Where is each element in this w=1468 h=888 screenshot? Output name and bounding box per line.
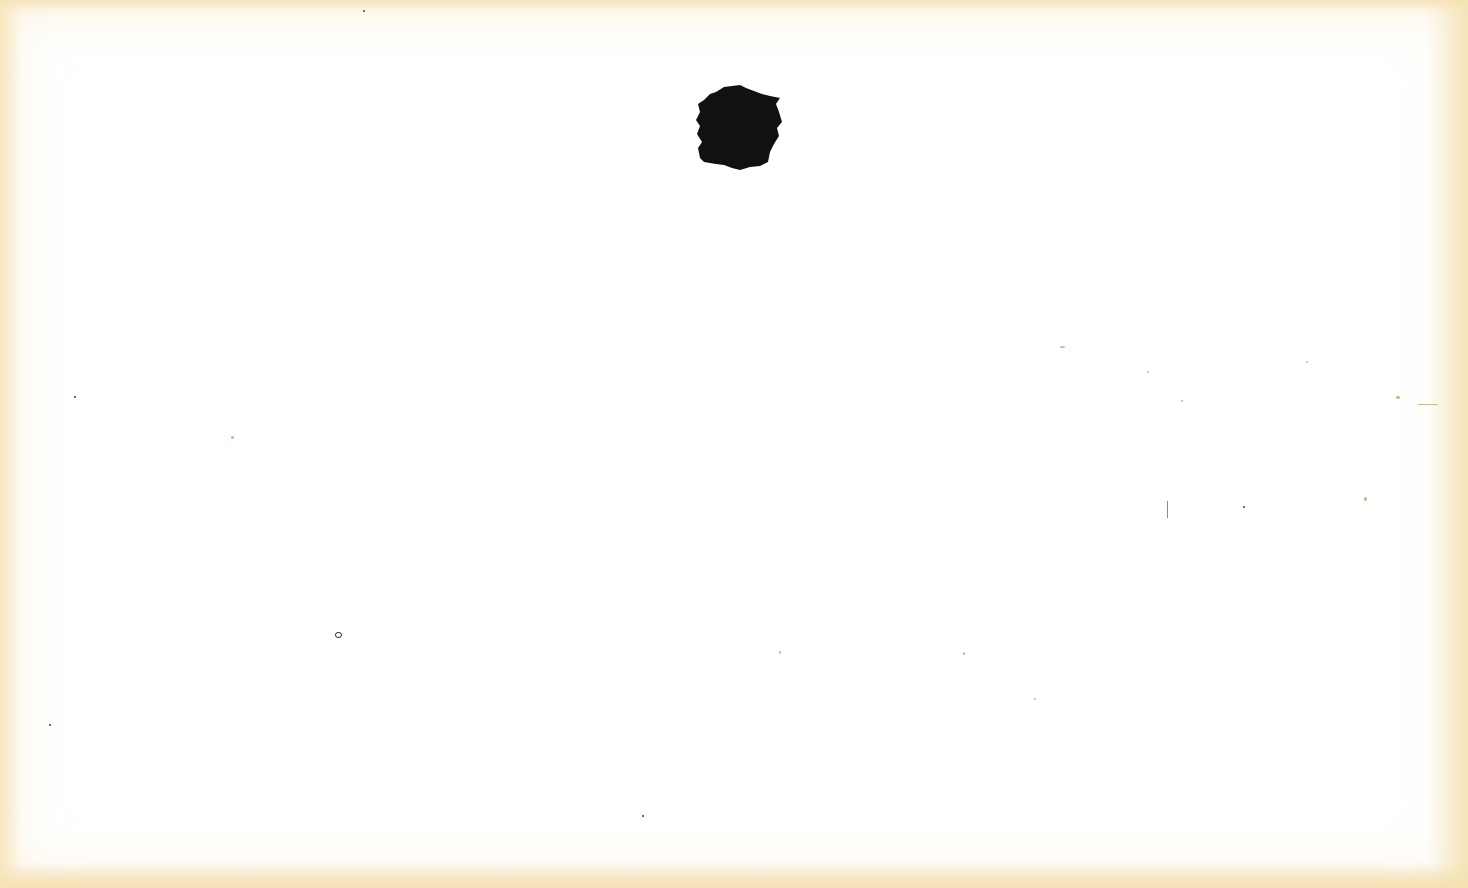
dust-speck-icon xyxy=(335,632,342,638)
dust-speck-icon xyxy=(363,10,365,12)
paper-edge-bottom xyxy=(0,862,1468,888)
scratch-mark-icon xyxy=(1167,501,1168,518)
paper-edge-right xyxy=(1428,0,1468,888)
dust-speck-icon xyxy=(1034,698,1036,700)
paper-edge-top xyxy=(0,0,1468,10)
dust-speck-icon xyxy=(74,396,76,398)
scanned-page xyxy=(0,0,1468,888)
dust-speck-icon xyxy=(1243,506,1245,508)
dust-speck-icon xyxy=(231,436,234,439)
dust-speck-icon xyxy=(1060,346,1065,348)
ink-blot-icon xyxy=(694,82,784,172)
dust-speck-icon xyxy=(1306,361,1308,363)
dust-speck-icon xyxy=(963,652,965,655)
dust-speck-icon xyxy=(1364,497,1367,501)
dust-speck-icon xyxy=(779,651,781,654)
dust-speck-icon xyxy=(1181,400,1183,402)
dust-speck-icon xyxy=(1418,404,1438,405)
dust-speck-icon xyxy=(642,815,644,817)
dust-speck-icon xyxy=(1147,371,1149,373)
dust-speck-icon xyxy=(49,724,51,726)
paper-edge-left xyxy=(0,0,22,888)
dust-speck-icon xyxy=(1396,396,1400,399)
